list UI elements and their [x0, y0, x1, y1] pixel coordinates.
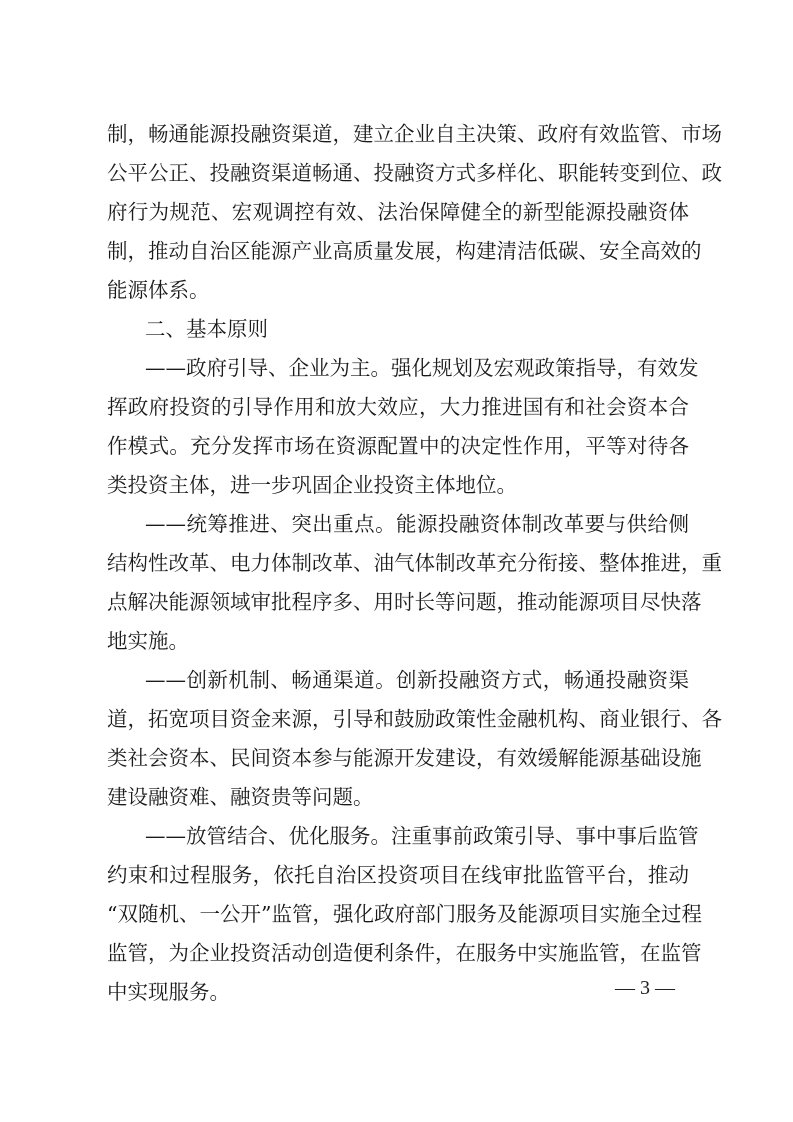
paragraph-principle-2: ——统筹推进、突出重点。能源投融资体制改革要与供给侧 结构性改革、电力体制改革、… — [107, 511, 689, 667]
text-line: 作模式。充分发挥市场在资源配置中的决定性作用，平等对待各 — [107, 433, 689, 472]
paragraph-intro-continuation: 制，畅通能源投融资渠道，建立企业自主决策、政府有效监管、市场 公平公正、投融资渠… — [107, 121, 689, 316]
text-line: 制，推动自治区能源产业高质量发展，构建清洁低碳、安全高效的 — [107, 238, 689, 277]
text-line: ——创新机制、畅通渠道。创新投融资方式，畅通投融资渠 — [107, 667, 689, 706]
section-heading: 二、基本原则 — [107, 316, 689, 355]
paragraph-principle-1: ——政府引导、企业为主。强化规划及宏观政策指导，有效发 挥政府投资的引导作用和放… — [107, 355, 689, 511]
text-line: 约束和过程服务，依托自治区投资项目在线审批监管平台，推动 — [107, 862, 689, 901]
text-line: 点解决能源领域审批程序多、用时长等问题，推动能源项目尽快落 — [107, 589, 689, 628]
document-page: 制，畅通能源投融资渠道，建立企业自主决策、政府有效监管、市场 公平公正、投融资渠… — [0, 0, 793, 1122]
section-heading-text: 二、基本原则 — [107, 316, 689, 355]
text-line: 类社会资本、民间资本参与能源开发建设，有效缓解能源基础设施 — [107, 745, 689, 784]
text-line: 能源体系。 — [107, 277, 689, 316]
text-line: 制，畅通能源投融资渠道，建立企业自主决策、政府有效监管、市场 — [107, 121, 689, 160]
text-line: ——政府引导、企业为主。强化规划及宏观政策指导，有效发 — [107, 355, 689, 394]
page-number: — 3 — — [600, 975, 690, 1001]
text-line: 地实施。 — [107, 628, 689, 667]
text-line: 监管，为企业投资活动创造便利条件，在服务中实施监管，在监管 — [107, 940, 689, 979]
text-line: ——放管结合、优化服务。注重事前政策引导、事中事后监管 — [107, 823, 689, 862]
text-line: ——统筹推进、突出重点。能源投融资体制改革要与供给侧 — [107, 511, 689, 550]
text-line: 府行为规范、宏观调控有效、法治保障健全的新型能源投融资体 — [107, 199, 689, 238]
text-line: 挥政府投资的引导作用和放大效应，大力推进国有和社会资本合 — [107, 394, 689, 433]
text-line: 道，拓宽项目资金来源，引导和鼓励政策性金融机构、商业银行、各 — [107, 706, 689, 745]
text-line: 公平公正、投融资渠道畅通、投融资方式多样化、职能转变到位、政 — [107, 160, 689, 199]
text-line: 建设融资难、融资贵等问题。 — [107, 784, 689, 823]
text-line: 结构性改革、电力体制改革、油气体制改革充分衔接、整体推进，重 — [107, 550, 689, 589]
paragraph-principle-3: ——创新机制、畅通渠道。创新投融资方式，畅通投融资渠 道，拓宽项目资金来源，引导… — [107, 667, 689, 823]
text-line: “双随机、一公开”监管，强化政府部门服务及能源项目实施全过程 — [107, 901, 689, 940]
document-body: 制，畅通能源投融资渠道，建立企业自主决策、政府有效监管、市场 公平公正、投融资渠… — [107, 121, 689, 1018]
text-line: 类投资主体，进一步巩固企业投资主体地位。 — [107, 472, 689, 511]
